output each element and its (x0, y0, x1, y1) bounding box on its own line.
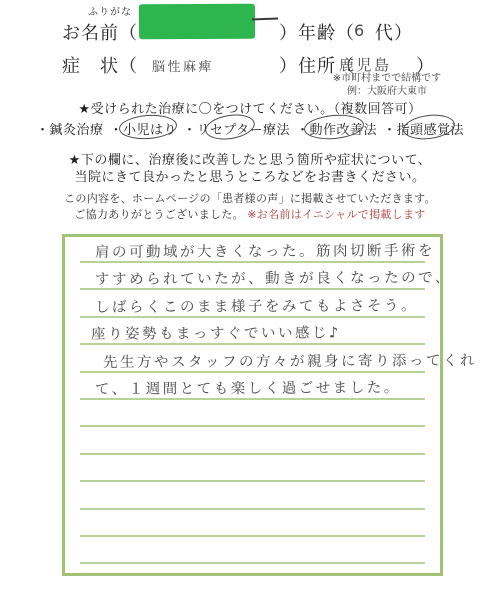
ruled-line (80, 480, 425, 482)
handwritten-comment-line: すすめられていたが、動きが良くなったので、 (95, 266, 452, 289)
treatment-options-row: ・鍼灸治療 ・小児はり ・リセプター療法 ・動作改善法 ・指頭感覚法 (0, 119, 500, 138)
address-note: ※市町村までで結構です 例：大阪府大東市 (303, 72, 471, 98)
initials-note-red: ※お名前はイニシャルで掲載します (247, 209, 425, 221)
comment-prompt-line2: 当院にきて良かったと思うところなどをお書きください。 (0, 166, 500, 185)
name-field-label: お名前（ (62, 19, 138, 45)
publication-notice-line1: この内容を、ホームページの「患者様の声」に掲載させていただきます。 (0, 190, 500, 206)
age-field-close: 代） (375, 19, 413, 45)
name-redaction-box (139, 4, 255, 40)
treatment-option-shinkyu: ・鍼灸治療 (36, 119, 104, 138)
ruled-line (80, 425, 425, 427)
symptom-field-label: 症 状（ (62, 52, 138, 78)
publication-notice-line2: ご協力ありがとうございました。 ※お名前はイニシャルで掲載します (0, 206, 500, 222)
furigana-label: ふりがな (88, 3, 132, 18)
treatment-option-label: ・鍼灸治療 (36, 122, 104, 137)
treatment-option-receptor: ・リセプター療法 (183, 119, 290, 138)
handwritten-comment-line: 先生方やスタッフの方々が親身に寄り添ってくれ (103, 349, 477, 372)
comment-writing-box: 肩の可動域が大きくなった。筋肉切断手術を すすめられていたが、動きが良くなったの… (62, 234, 443, 576)
treatment-option-shoni-hari: ・小児はり (110, 119, 178, 138)
age-value-handwritten: 6 (354, 21, 367, 40)
address-note-line1: ※市町村までで結構です (303, 72, 471, 85)
ruled-line (80, 562, 425, 564)
address-note-line2: 例：大阪府大東市 (303, 85, 471, 98)
ruled-line (80, 508, 425, 510)
age-field-label: ）年齢（ (279, 19, 355, 45)
handwritten-name-stroke (252, 18, 278, 21)
treatment-instruction: ★受けられた治療に〇をつけてください。（複数回答可） (0, 98, 500, 117)
handwritten-comment-line: 肩の可動域が大きくなった。筋肉切断手術を (95, 239, 435, 262)
symptom-value-handwritten: 脳性麻痺 (152, 56, 214, 75)
handwritten-comment-line: て、１週間とても楽しく過ごせました。 (95, 376, 401, 399)
ruled-line (80, 535, 425, 537)
handwritten-comment-line: しばらくこのまま様子をみてもよさそう。 (95, 294, 418, 317)
patient-feedback-form: ふりがな お名前（ ）年齢（ 6 代） 症 状（ 脳性麻痺 ）住所（ 鹿児島 ）… (0, 0, 500, 600)
thanks-text: ご協力ありがとうございました。 (74, 209, 244, 221)
treatment-option-shito-kankaku: ・指頭感覚法 (383, 119, 464, 138)
treatment-option-dosa-kaizen: ・動作改善法 (296, 119, 377, 138)
ruled-line (80, 453, 425, 455)
handwritten-comment-line: 座り姿勢もまっすぐでいい感じ♪ (91, 321, 341, 343)
